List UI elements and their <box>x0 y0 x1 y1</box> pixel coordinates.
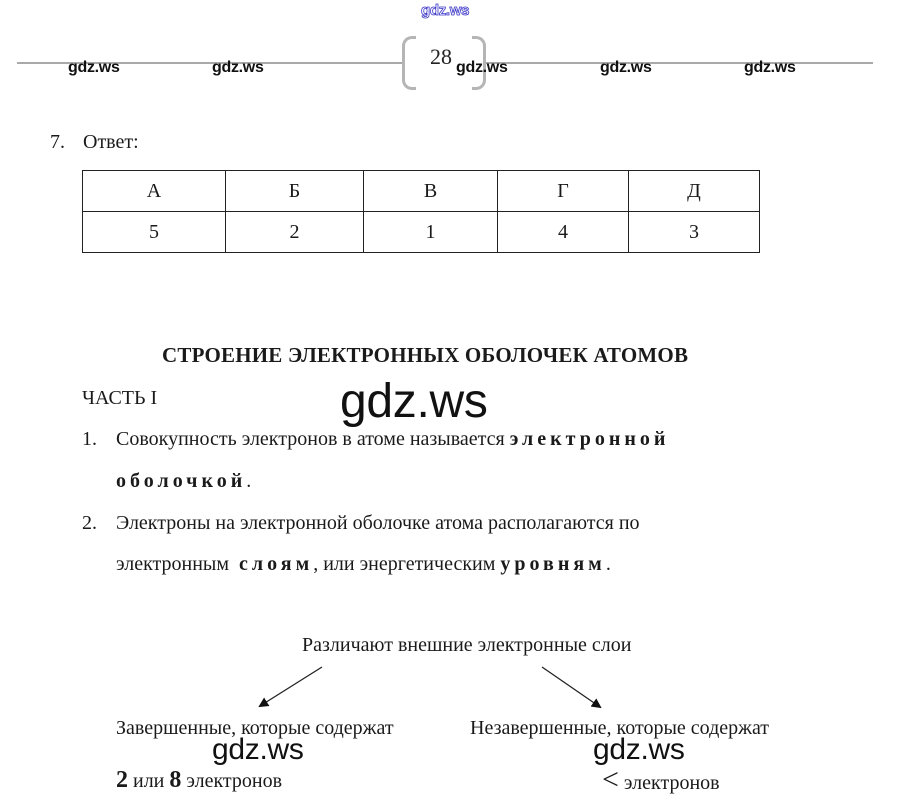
watermark: gdz.ws <box>593 733 685 767</box>
electron-count: 8 <box>169 767 181 793</box>
left-branch-value: 2 или 8 электронов <box>116 767 282 794</box>
diagram-arrows <box>0 0 898 812</box>
less-than-symbol: < <box>602 763 619 796</box>
electron-count: 2 <box>116 767 128 793</box>
branch-text: электронов <box>181 770 282 792</box>
branch-text: электронов <box>619 772 720 794</box>
arrow-left-icon <box>260 667 322 706</box>
branch-text: или <box>128 770 169 792</box>
watermark: gdz.ws <box>212 733 304 767</box>
arrow-right-icon <box>542 667 600 707</box>
right-branch-value: < электронов <box>602 763 720 797</box>
